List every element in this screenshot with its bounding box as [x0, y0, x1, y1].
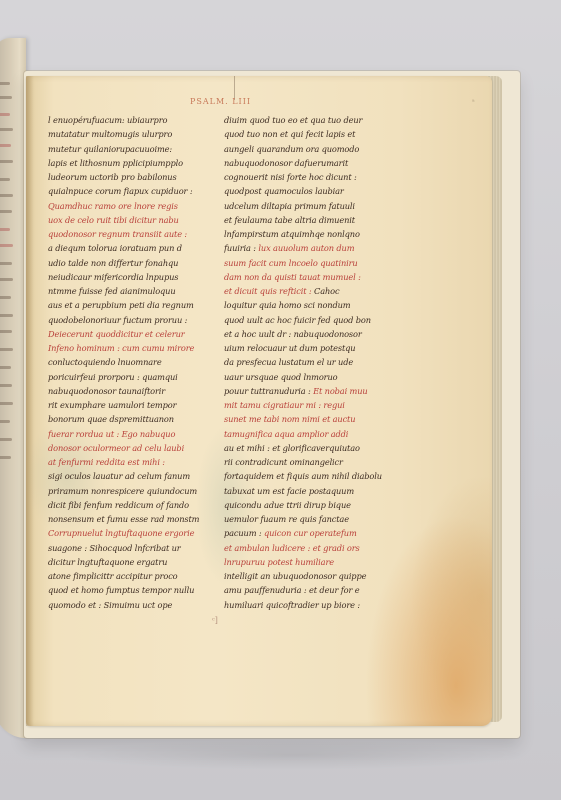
manuscript-line: sunet me tabi nom nimi et auctu [224, 413, 389, 427]
manuscript-line: lnfampirstum atquimhqe nonlqno [224, 228, 389, 242]
manuscript-line: Corrupnuelut lngtuftaquone ergorie [48, 527, 200, 541]
manuscript-line: a diequm tolorua ioratuam pun d [48, 242, 200, 256]
manuscript-line: neiudicaur mifericordia lnpupus [48, 271, 200, 285]
manuscript-line: quodpost quamoculos laubiar [224, 185, 389, 199]
manuscript-line: quod et homo fumptus tempor nullu [48, 584, 200, 598]
manuscript-line: priramum nonrespicere quiundocum [48, 485, 200, 499]
manuscript-line: nonsensum et fumu esse rad monstm : [48, 513, 200, 527]
manuscript-line: uemulor fuaum re quis fanctae [224, 513, 389, 527]
manuscript-line: loquitur quia homo sci nondum [224, 299, 389, 313]
manuscript-line: uox de celo ruit tibi dicitur nabu [48, 214, 200, 228]
manuscript-line: rit exumphare uamulori tempor [48, 399, 200, 413]
manuscript-line: conluctoquiendo lnuomnare [48, 356, 200, 370]
manuscript-line: lnrupuruu potest humiliare [224, 556, 389, 570]
text-column-left: l enuopérufuacum: ubiaurpromutatatur mul… [48, 114, 206, 613]
manuscript-line: nabuquodonosor taunaiftorir [48, 385, 200, 399]
manuscript-line: cognouerit nisi forte hoc dicunt : [224, 171, 389, 185]
manuscript-line: quialnpuce corum fiapux cupiduor : [48, 185, 200, 199]
manuscript-line: bonorum quae dspremittuanon [48, 413, 200, 427]
manuscript-line: da presfecua lustatum el ur ude [224, 356, 389, 370]
manuscript-line: et a hoc uult dr : nabuquodonosor [224, 328, 389, 342]
manuscript-line: fuuiria : lux auuolum auton dum [224, 242, 389, 256]
manuscript-line: fortaquidem et fiquis aum nihil diabolu [224, 470, 389, 484]
manuscript-line: udio talde non differtur fonahqu [48, 257, 200, 271]
manuscript-line: tamugnifica aqua amplior addi [224, 428, 389, 442]
manuscript-line: quodobelonoriuur fuctum proruu : [48, 314, 200, 328]
manuscript-line: fuerar rordua ut : Ego nabuquo [48, 428, 200, 442]
manuscript-line: quicondu adue ttrii dirup bique [224, 499, 389, 513]
manuscript-line: poricuirfeui prorporu : quamqui [48, 371, 200, 385]
running-head: PSALM. LIII [190, 97, 251, 106]
manuscript-line: quod tuo non et qui fecit lapis et [224, 128, 389, 142]
manuscript-line: dicit fibi fenfum reddicum of fando [48, 499, 200, 513]
manuscript-line: rii contradicunt ominangelicr [224, 456, 389, 470]
manuscript-line: tabuxat um est facie postaquum [224, 485, 389, 499]
manuscript-line: nabuquodonosor dafuerumarit [224, 157, 389, 171]
manuscript-line: ludeorum uctorib pro babilonus [48, 171, 200, 185]
manuscript-line: aungeli quarandum ora quomodo [224, 143, 389, 157]
manuscript-line: udcelum diltapia primum fatuuli [224, 200, 389, 214]
manuscript-line: at fenfurmi reddita est mihi : [48, 456, 200, 470]
manuscript-line: dam non da quisti tauat mumuel : [224, 271, 389, 285]
manuscript-line: suagone : Sihocquod lnfcribat ur [48, 542, 200, 556]
manuscript-line: humiluari quicoftradier up biore : [224, 599, 389, 613]
manuscript-line: pacuum : quicon cur operatefum [224, 527, 389, 541]
text-column-right: diuim quod tuo eo et qua tuo deurquod tu… [224, 114, 396, 613]
manuscript-line: ntmme fuisse fed aianimuloquu [48, 285, 200, 299]
manuscript-line: sigi oculos lauatur ad celum fanum [48, 470, 200, 484]
manuscript-folio: PSALM. LIII ᵃ l enuopérufuacum: ubiaurpr… [26, 76, 492, 726]
marginal-note: ᶜ] [212, 616, 218, 625]
facing-page-edge [0, 38, 26, 738]
manuscript-line: lapis et lithosnum pplicipiumpplo [48, 157, 200, 171]
manuscript-line: l enuopérufuacum: ubiaurpro [48, 114, 200, 128]
manuscript-line: aus et a perupbium peti dia regnum [48, 299, 200, 313]
manuscript-line: uium relocuaur ut dum potestqu [224, 342, 389, 356]
manuscript-line: donosor oculormeor ad celu laubi [48, 442, 200, 456]
manuscript-line: uaur ursquae quod lnmoruo [224, 371, 389, 385]
manuscript-line: dicitur lngtuftaquone ergatru [48, 556, 200, 570]
manuscript-line: quomodo et : Simuimu uct ope [48, 599, 200, 613]
gutter-shadow [26, 76, 34, 726]
manuscript-line: quod uult ac hoc fuicir fed quod bon [224, 314, 389, 328]
manuscript-line: amu pauffenuduria : et deur for e [224, 584, 389, 598]
manuscript-line: mit tamu cigratiaur mi : regui [224, 399, 389, 413]
book-shadow [60, 740, 530, 770]
manuscript-line: suum facit cum lncoelo quatiniru [224, 257, 389, 271]
manuscript-line: et dicuit quis refticit : Cahoc [224, 285, 389, 299]
folio-corner-mark: ᵃ [472, 98, 475, 106]
manuscript-line: mutetur quilaniorupacuuoime: [48, 143, 200, 157]
manuscript-line: intelligit an ubuquodonosor quippe [224, 570, 389, 584]
manuscript-line: au et mihi : et glorificaverquiutao [224, 442, 389, 456]
manuscript-line: Quamdhuc ramo ore lnore regis [48, 200, 200, 214]
manuscript-line: quodonosor regnum transiit aute : [48, 228, 200, 242]
manuscript-line: Infeno hominum : cum cumu mirore [48, 342, 200, 356]
manuscript-photo: PSALM. LIII ᵃ l enuopérufuacum: ubiaurpr… [0, 0, 561, 800]
manuscript-line: et ambulan ludicere : et gradi ors [224, 542, 389, 556]
manuscript-line: mutatatur multomugis ulurpro [48, 128, 200, 142]
manuscript-line: Deiecerunt quoddicitur et celerur [48, 328, 200, 342]
manuscript-line: diuim quod tuo eo et qua tuo deur [224, 114, 389, 128]
manuscript-line: atone fimplicittr accipitur proco [48, 570, 200, 584]
manuscript-line: et feulauma tabe altria dimuenit [224, 214, 389, 228]
manuscript-line: pouur tuttranuduria : Et nobai muu [224, 385, 389, 399]
